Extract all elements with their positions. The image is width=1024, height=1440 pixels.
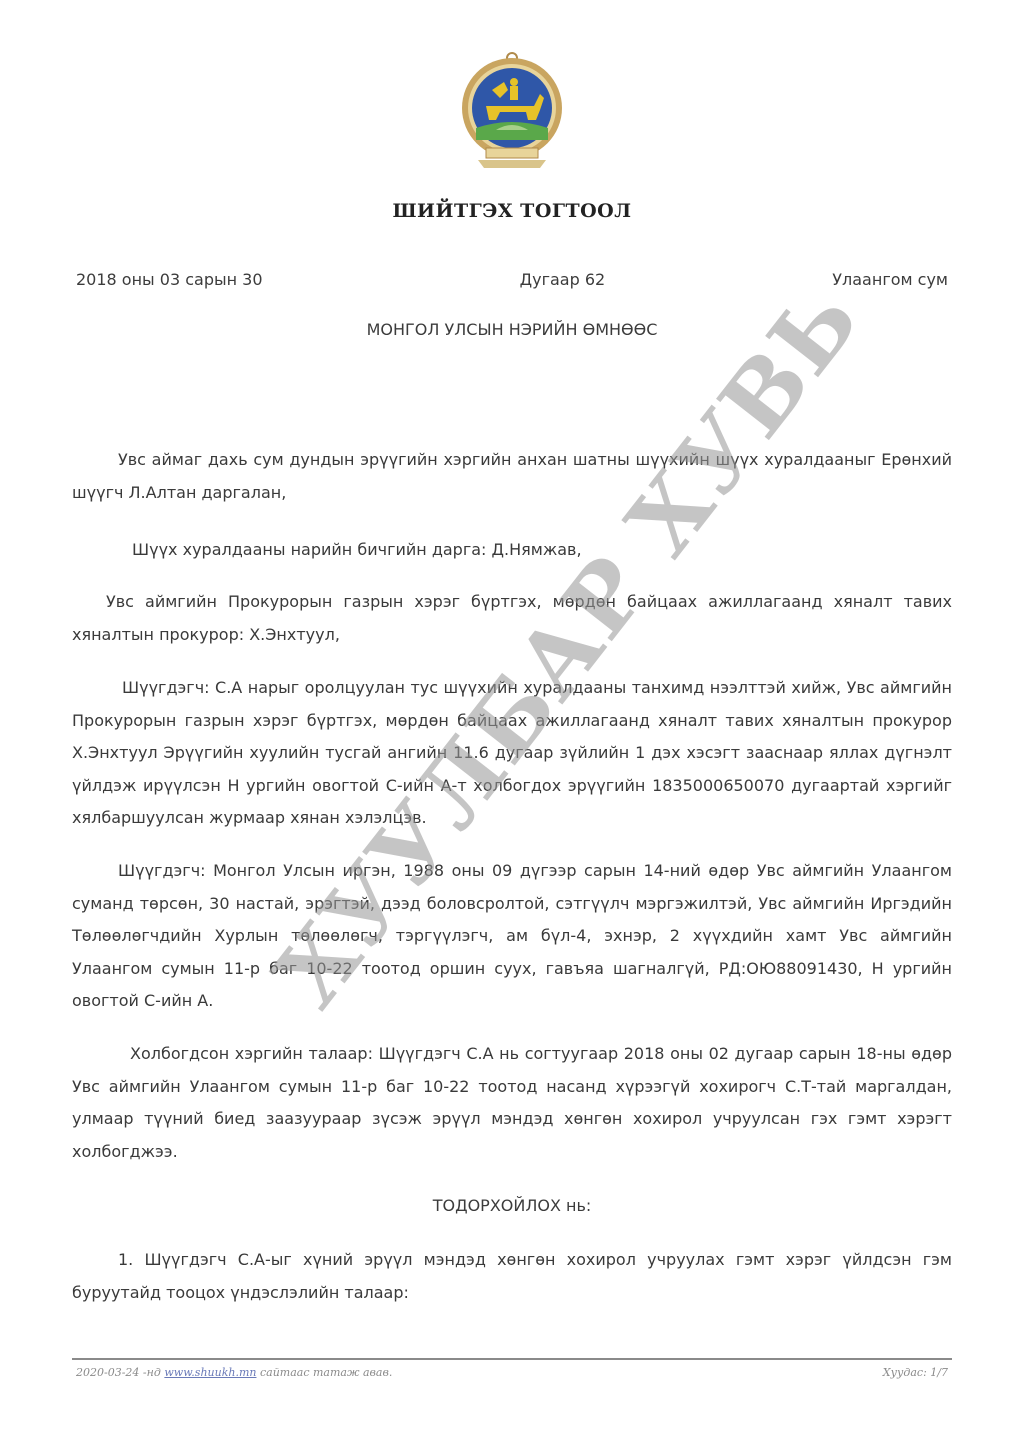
footer-download-suffix: сайтаас татаж авав.	[260, 1366, 392, 1379]
state-emblem	[456, 50, 568, 174]
page-number: Хуудас: 1/7	[883, 1366, 948, 1379]
document-number: Дугаар 62	[520, 270, 606, 289]
section-heading: ТОДОРХОЙЛОХ нь:	[0, 1196, 1024, 1215]
document-date: 2018 оны 03 сарын 30	[76, 270, 263, 289]
footer-download-prefix: 2020-03-24 -нд	[76, 1366, 161, 1379]
paragraph-case-facts: Холбогдсон хэргийн талаар: Шүүгдэгч С.А …	[72, 1038, 952, 1168]
paragraph-secretary: Шүүх хуралдааны нарийн бичгийн дарга: Д.…	[72, 534, 952, 567]
document-place: Улаангом сум	[832, 270, 948, 289]
document-subtitle: МОНГОЛ УЛСЫН НЭРИЙН ӨМНӨӨС	[0, 320, 1024, 339]
paragraph-defendant-info: Шүүгдэгч: Монгол Улсын иргэн, 1988 оны 0…	[72, 855, 952, 1018]
paragraph-defendant-hearing: Шүүгдэгч: С.А нарыг оролцуулан тус шүүхи…	[72, 672, 952, 835]
footer-source: 2020-03-24 -нд www.shuukh.mn сайтаас тат…	[76, 1366, 392, 1379]
item-1: 1. Шүүгдэгч С.А-ыг хүний эрүүл мэндэд хө…	[72, 1244, 952, 1309]
paragraph-court: Увс аймаг дахь сум дундын эрүүгийн хэрги…	[72, 444, 952, 509]
document-meta: 2018 оны 03 сарын 30 Дугаар 62 Улаангом …	[76, 270, 948, 289]
site-link[interactable]: www.shuukh.mn	[164, 1366, 256, 1379]
footer-divider	[72, 1358, 952, 1360]
document-title: ШИЙТГЭХ ТОГТООЛ	[0, 200, 1024, 222]
paragraph-prosecutor: Увс аймгийн Прокурорын газрын хэрэг бүрт…	[72, 586, 952, 651]
